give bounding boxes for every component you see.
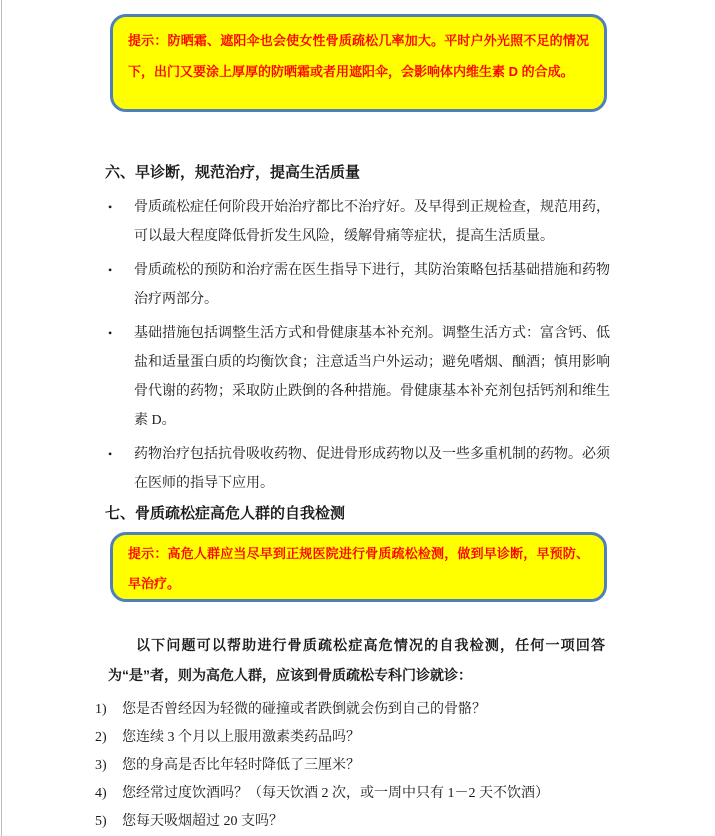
- page-edge-line: [1, 0, 2, 836]
- self-test-intro: 以下问题可以帮助进行骨质疏松症高危情况的自我检测，任何一项回答为“是”者，则为高…: [108, 630, 605, 690]
- question-row: 1) 您是否曾经因为轻微的碰撞或者跌倒就会伤到自己的骨骼？: [95, 696, 610, 724]
- section-7-heading: 七、骨质疏松症高危人群的自我检测: [105, 504, 610, 524]
- bullet-item: • 骨质疏松的预防和治疗需在医生指导下进行，其防治策略包括基础措施和药物治疗两部…: [108, 256, 610, 314]
- tip-box-text: 提示：防晒霜、遮阳伞也会使女性骨质疏松几率加大。平时户外光照不足的情况下，出门又…: [128, 25, 589, 87]
- tip-box-sunscreen: 提示：防晒霜、遮阳伞也会使女性骨质疏松几率加大。平时户外光照不足的情况下，出门又…: [110, 14, 607, 112]
- bullet-text: 骨质疏松症任何阶段开始治疗都比不治疗好。及早得到正规检查，规范用药，可以最大程度…: [134, 193, 610, 251]
- bullet-text: 药物治疗包括抗骨吸收药物、促进骨形成药物以及一些多重机制的药物。必须在医师的指导…: [134, 440, 610, 498]
- bullet-item: • 基础措施包括调整生活方式和骨健康基本补充剂。调整生活方式：富含钙、低盐和适量…: [108, 319, 610, 435]
- bullet-text: 基础措施包括调整生活方式和骨健康基本补充剂。调整生活方式：富含钙、低盐和适量蛋白…: [134, 319, 610, 435]
- bullet-icon: •: [108, 256, 134, 314]
- question-text: 您经常过度饮酒吗？（每天饮酒 2 次，或一周中只有 1－2 天不饮酒）: [122, 780, 610, 808]
- bullet-icon: •: [108, 319, 134, 435]
- question-number: 2): [95, 724, 122, 752]
- question-row: 3) 您的身高是否比年轻时降低了三厘米？: [95, 752, 610, 780]
- self-test-question-list: 1) 您是否曾经因为轻微的碰撞或者跌倒就会伤到自己的骨骼？ 2) 您连续 3 个…: [95, 696, 610, 836]
- question-text: 您的身高是否比年轻时降低了三厘米？: [122, 752, 610, 780]
- question-row: 5) 您每天吸烟超过 20 支吗？: [95, 808, 610, 836]
- question-text: 您是否曾经因为轻微的碰撞或者跌倒就会伤到自己的骨骼？: [122, 696, 610, 724]
- bullet-icon: •: [108, 193, 134, 251]
- document-content: 提示：防晒霜、遮阳伞也会使女性骨质疏松几率加大。平时户外光照不足的情况下，出门又…: [95, 0, 610, 836]
- question-number: 3): [95, 752, 122, 780]
- question-text: 您每天吸烟超过 20 支吗？: [122, 808, 610, 836]
- question-text: 您连续 3 个月以上服用激素类药品吗？: [122, 724, 610, 752]
- tip-box-text: 提示：高危人群应当尽早到正规医院进行骨质疏松检测，做到早诊断，早预防、早治疗。: [128, 539, 589, 599]
- question-row: 2) 您连续 3 个月以上服用激素类药品吗？: [95, 724, 610, 752]
- bullet-icon: •: [108, 440, 134, 498]
- tip-box-high-risk: 提示：高危人群应当尽早到正规医院进行骨质疏松检测，做到早诊断，早预防、早治疗。: [110, 532, 607, 602]
- question-number: 4): [95, 780, 122, 808]
- question-number: 1): [95, 696, 122, 724]
- bullet-text: 骨质疏松的预防和治疗需在医生指导下进行，其防治策略包括基础措施和药物治疗两部分。: [134, 256, 610, 314]
- question-row: 4) 您经常过度饮酒吗？（每天饮酒 2 次，或一周中只有 1－2 天不饮酒）: [95, 780, 610, 808]
- question-number: 5): [95, 808, 122, 836]
- bullet-item: • 药物治疗包括抗骨吸收药物、促进骨形成药物以及一些多重机制的药物。必须在医师的…: [108, 440, 610, 498]
- section-6-bullet-list: • 骨质疏松症任何阶段开始治疗都比不治疗好。及早得到正规检查，规范用药，可以最大…: [108, 193, 610, 498]
- document-page: 提示：防晒霜、遮阳伞也会使女性骨质疏松几率加大。平时户外光照不足的情况下，出门又…: [0, 0, 715, 836]
- bullet-item: • 骨质疏松症任何阶段开始治疗都比不治疗好。及早得到正规检查，规范用药，可以最大…: [108, 193, 610, 251]
- section-6-heading: 六、早诊断，规范治疗，提高生活质量: [105, 163, 610, 183]
